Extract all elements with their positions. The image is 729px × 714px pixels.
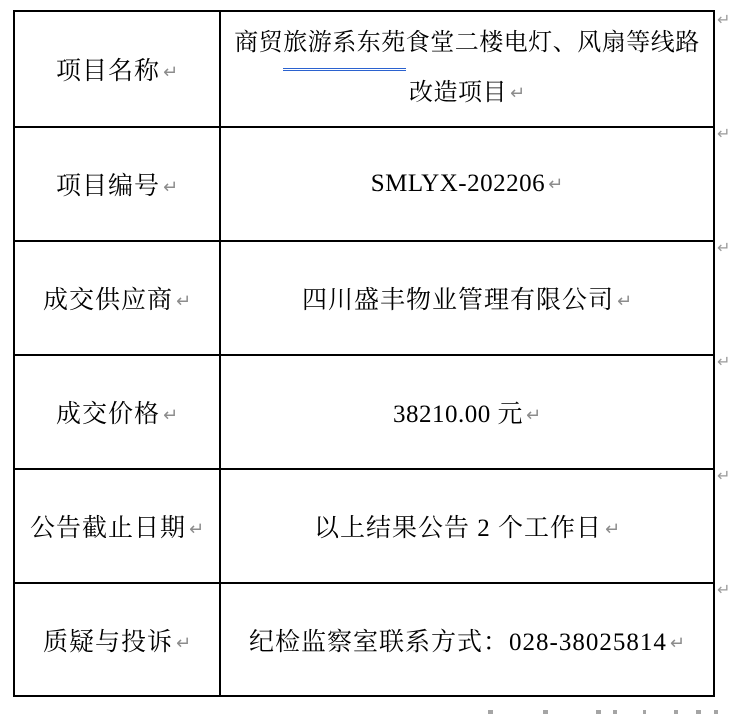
table-row: 项目编号↵ SMLYX-202206↵ [15, 126, 713, 240]
paragraph-mark-icon: ↵ [526, 405, 541, 426]
row-label-cell: 项目编号↵ [15, 128, 219, 240]
paragraph-mark-icon: ↵ [163, 405, 178, 426]
project-name-value: 商贸旅游系东苑食堂二楼电灯、风扇等线路 改造项目↵ [234, 18, 700, 120]
supplier-text: 四川盛丰物业管理有限公司 [302, 287, 614, 314]
paragraph-mark-icon: ↵ [617, 291, 632, 312]
row-label-text: 成交价格 [56, 401, 160, 428]
row-label: 公告截止日期↵ [30, 508, 204, 544]
paragraph-mark-icon: ↵ [176, 291, 191, 312]
row-value-cell: 商贸旅游系东苑食堂二楼电灯、风扇等线路 改造项目↵ [219, 12, 713, 126]
clipped-glyph-fragment [696, 710, 701, 714]
clipped-glyph-fragment [643, 710, 646, 714]
paragraph-mark-icon: ↵ [163, 177, 178, 198]
row-end-paragraph-mark-icon: ↵ [717, 582, 729, 598]
clipped-glyph-fragment [674, 710, 678, 714]
project-name-line2: 改造项目↵ [409, 68, 525, 120]
project-name-line1: 商贸旅游系东苑食堂二楼电灯、风扇等线路 [234, 18, 700, 68]
clipped-glyph-fragment [488, 710, 493, 714]
row-label-cell: 项目名称↵ [15, 12, 219, 126]
paragraph-mark-icon: ↵ [548, 174, 563, 195]
row-label: 成交价格↵ [56, 394, 178, 430]
row-end-paragraph-mark-icon: ↵ [717, 126, 729, 142]
row-end-paragraph-mark-icon: ↵ [717, 12, 729, 28]
clipped-glyph-fragment [714, 710, 718, 714]
row-label-text: 项目编号 [56, 173, 160, 200]
row-label-cell: 公告截止日期↵ [15, 470, 219, 582]
row-end-paragraph-mark-icon: ↵ [717, 240, 729, 256]
row-label-text: 项目名称 [56, 58, 160, 85]
row-end-paragraph-mark-icon: ↵ [717, 354, 729, 370]
project-name-line2-text: 改造项目 [409, 80, 507, 106]
complaint-contact-value: 纪检监察室联系方式：028-38025814↵ [249, 622, 685, 658]
row-label: 成交供应商↵ [43, 280, 191, 316]
project-name-suffix: 食堂二楼电灯、风扇等线路 [406, 30, 700, 56]
supplier-value: 四川盛丰物业管理有限公司↵ [302, 280, 632, 316]
complaint-contact-text: 纪检监察室联系方式：028-38025814 [249, 629, 667, 656]
row-value-cell: 以上结果公告 2 个工作日↵ [219, 470, 713, 582]
paragraph-mark-icon: ↵ [510, 83, 525, 104]
deadline-text: 以上结果公告 2 个工作日 [314, 515, 602, 542]
row-label-text: 质疑与投诉 [43, 629, 173, 656]
table-row: 公告截止日期↵ 以上结果公告 2 个工作日↵ [15, 468, 713, 582]
table-row: 质疑与投诉↵ 纪检监察室联系方式：028-38025814↵ [15, 582, 713, 695]
row-label: 质疑与投诉↵ [43, 622, 191, 658]
project-name-underlined-segment: 旅游系东苑 [283, 18, 406, 68]
row-label-text: 成交供应商 [43, 287, 173, 314]
row-end-paragraph-mark-icon: ↵ [717, 468, 729, 484]
clipped-glyph-fragment [596, 710, 601, 714]
deadline-value: 以上结果公告 2 个工作日↵ [314, 508, 620, 544]
row-label-cell: 质疑与投诉↵ [15, 584, 219, 695]
paragraph-mark-icon: ↵ [163, 62, 178, 83]
paragraph-mark-icon: ↵ [189, 519, 204, 540]
row-label: 项目名称↵ [56, 51, 178, 87]
row-value-cell: 38210.00 元↵ [219, 356, 713, 468]
project-number-value: SMLYX-202206↵ [371, 170, 563, 198]
price-value: 38210.00 元↵ [393, 394, 541, 430]
row-value-cell: SMLYX-202206↵ [219, 128, 713, 240]
clipped-glyph-fragment [613, 710, 617, 714]
paragraph-mark-icon: ↵ [670, 633, 685, 654]
clipped-glyph-fragment [543, 710, 548, 714]
row-value-cell: 四川盛丰物业管理有限公司↵ [219, 242, 713, 354]
row-label-cell: 成交供应商↵ [15, 242, 219, 354]
paragraph-mark-icon: ↵ [605, 519, 620, 540]
result-table: 项目名称↵ 商贸旅游系东苑食堂二楼电灯、风扇等线路 改造项目↵ 项目编号↵ SM… [13, 10, 715, 697]
table-row: 成交价格↵ 38210.00 元↵ [15, 354, 713, 468]
row-label-cell: 成交价格↵ [15, 356, 219, 468]
project-number-text: SMLYX-202206 [371, 170, 545, 197]
row-label-text: 公告截止日期 [30, 515, 186, 542]
row-label: 项目编号↵ [56, 166, 178, 202]
paragraph-mark-icon: ↵ [176, 633, 191, 654]
table-row: 成交供应商↵ 四川盛丰物业管理有限公司↵ [15, 240, 713, 354]
project-name-prefix: 商贸 [234, 30, 283, 56]
table-row: 项目名称↵ 商贸旅游系东苑食堂二楼电灯、风扇等线路 改造项目↵ [15, 12, 713, 126]
row-value-cell: 纪检监察室联系方式：028-38025814↵ [219, 584, 713, 695]
document-page: 项目名称↵ 商贸旅游系东苑食堂二楼电灯、风扇等线路 改造项目↵ 项目编号↵ SM… [0, 0, 729, 714]
price-text: 38210.00 元 [393, 401, 523, 428]
